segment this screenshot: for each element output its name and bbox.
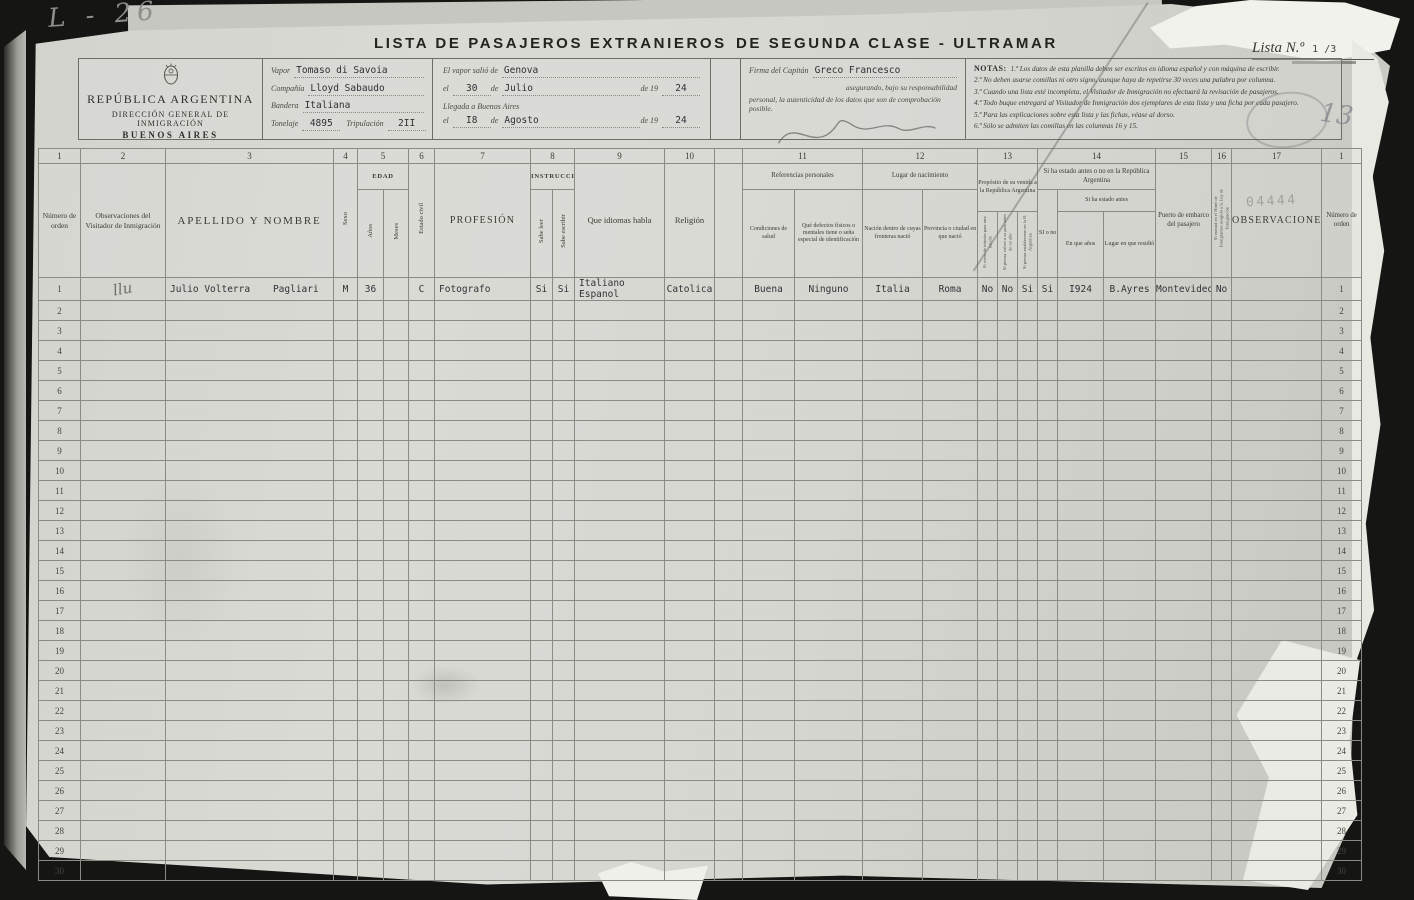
cell-meses bbox=[384, 781, 409, 801]
cell-sabe_leer bbox=[531, 661, 553, 681]
cell-religion bbox=[665, 621, 715, 641]
tonelaje-label: Tonelaje bbox=[271, 119, 298, 128]
cell-lugar_residio bbox=[1104, 801, 1156, 821]
header-row-groups: Número de orden Observaciones del Visita… bbox=[39, 164, 1362, 190]
cell-establecerse bbox=[1018, 421, 1038, 441]
cell-volver bbox=[998, 621, 1018, 641]
cell-meses bbox=[384, 861, 409, 881]
col-header-instruccion: INSTRUCCIÓN bbox=[531, 164, 575, 190]
de19-label2: de 19 bbox=[640, 116, 658, 125]
cell-hotel bbox=[1212, 801, 1232, 821]
cell-meses bbox=[384, 561, 409, 581]
cell-sabe_escribir bbox=[553, 581, 575, 601]
cell-sabe_leer bbox=[531, 481, 553, 501]
cell-idiomas bbox=[575, 601, 665, 621]
cell-idiomas bbox=[575, 781, 665, 801]
firma-label: Firma del Capitán bbox=[749, 66, 809, 75]
cell-salud bbox=[743, 641, 795, 661]
colnum: 10 bbox=[665, 149, 715, 164]
cell-transito bbox=[978, 741, 998, 761]
cell-defectos bbox=[795, 541, 863, 561]
cell-hotel bbox=[1212, 541, 1232, 561]
cell-nombre bbox=[166, 641, 334, 661]
colnum: 2 bbox=[81, 149, 166, 164]
colnum: 1 bbox=[39, 149, 81, 164]
cell-sexo bbox=[334, 661, 358, 681]
cell-salud bbox=[743, 441, 795, 461]
cell-salud bbox=[743, 361, 795, 381]
cell-sabe_leer bbox=[531, 801, 553, 821]
cell-num_r: 25 bbox=[1322, 761, 1362, 781]
cell-puerto bbox=[1156, 721, 1212, 741]
org-country: REPÚBLICA ARGENTINA bbox=[79, 92, 262, 107]
cell-provincia bbox=[923, 821, 978, 841]
cell-sabe_leer bbox=[531, 381, 553, 401]
cell-si_o_no bbox=[1038, 601, 1058, 621]
lista-number-value: 1 /3 bbox=[1312, 44, 1336, 55]
cell-si_o_no bbox=[1038, 521, 1058, 541]
cell-estado_civil bbox=[409, 341, 435, 361]
cell-observaciones bbox=[1232, 381, 1322, 401]
cell-obs bbox=[81, 761, 166, 781]
cell-num_r: 15 bbox=[1322, 561, 1362, 581]
cell-profesion bbox=[435, 721, 531, 741]
cell-gap bbox=[715, 601, 743, 621]
cell-num_r: 4 bbox=[1322, 341, 1362, 361]
cell-puerto bbox=[1156, 641, 1212, 661]
cell-puerto bbox=[1156, 521, 1212, 541]
cell-provincia: Roma bbox=[923, 278, 978, 301]
cell-idiomas bbox=[575, 341, 665, 361]
cell-si_o_no bbox=[1038, 781, 1058, 801]
salida-month: Julio bbox=[502, 83, 640, 96]
cell-hotel bbox=[1212, 561, 1232, 581]
cell-si_o_no bbox=[1038, 721, 1058, 741]
cell-idiomas bbox=[575, 661, 665, 681]
cell-en_que_anos bbox=[1058, 561, 1104, 581]
cell-num: 8 bbox=[39, 421, 81, 441]
cell-nombre bbox=[166, 701, 334, 721]
cell-profesion bbox=[435, 501, 531, 521]
cell-lugar_residio bbox=[1104, 701, 1156, 721]
cell-nombre bbox=[166, 421, 334, 441]
passenger-row: 66 bbox=[39, 381, 1362, 401]
issuing-authority-box: REPÚBLICA ARGENTINA DIRECCIÓN GENERAL DE… bbox=[79, 59, 263, 139]
cell-obs bbox=[81, 741, 166, 761]
cell-salud bbox=[743, 581, 795, 601]
cell-profesion bbox=[435, 341, 531, 361]
cell-sabe_leer bbox=[531, 541, 553, 561]
cell-obs bbox=[81, 461, 166, 481]
col-header-edad: EDAD bbox=[358, 164, 409, 190]
cell-num: 2 bbox=[39, 301, 81, 321]
col-header-sexo: Sexo bbox=[334, 164, 358, 278]
cell-num: 25 bbox=[39, 761, 81, 781]
passenger-row: 44 bbox=[39, 341, 1362, 361]
cell-puerto bbox=[1156, 681, 1212, 701]
cell-anos bbox=[358, 481, 384, 501]
cell-obs bbox=[81, 681, 166, 701]
cell-meses bbox=[384, 621, 409, 641]
cell-idiomas bbox=[575, 701, 665, 721]
cell-meses bbox=[384, 278, 409, 301]
colnum: 17 bbox=[1232, 149, 1322, 164]
cell-idiomas bbox=[575, 861, 665, 881]
cell-sabe_escribir bbox=[553, 401, 575, 421]
cell-lugar_residio bbox=[1104, 581, 1156, 601]
cell-sabe_leer bbox=[531, 641, 553, 661]
cell-gap bbox=[715, 741, 743, 761]
org-city: BUENOS AIRES bbox=[79, 130, 262, 140]
cell-hotel bbox=[1212, 401, 1232, 421]
cell-puerto bbox=[1156, 761, 1212, 781]
cell-hotel bbox=[1212, 681, 1232, 701]
cell-nacion bbox=[863, 601, 923, 621]
cell-en_que_anos bbox=[1058, 341, 1104, 361]
cell-estado_civil bbox=[409, 821, 435, 841]
cell-idiomas bbox=[575, 681, 665, 701]
cell-obs bbox=[81, 421, 166, 441]
cell-meses bbox=[384, 701, 409, 721]
colnum: 11 bbox=[743, 149, 863, 164]
cell-observaciones bbox=[1232, 641, 1322, 661]
cell-volver bbox=[998, 461, 1018, 481]
cell-sexo bbox=[334, 781, 358, 801]
cell-anos bbox=[358, 541, 384, 561]
passenger-row: 88 bbox=[39, 421, 1362, 441]
cell-estado_civil bbox=[409, 361, 435, 381]
cell-observaciones bbox=[1232, 401, 1322, 421]
cell-lugar_residio bbox=[1104, 721, 1156, 741]
cell-volver bbox=[998, 801, 1018, 821]
cell-nombre bbox=[166, 861, 334, 881]
cell-establecerse bbox=[1018, 781, 1038, 801]
cell-num_r: 30 bbox=[1322, 861, 1362, 881]
cell-anos bbox=[358, 361, 384, 381]
cell-volver bbox=[998, 841, 1018, 861]
cell-si_o_no bbox=[1038, 681, 1058, 701]
cell-profesion bbox=[435, 781, 531, 801]
cell-observaciones bbox=[1232, 361, 1322, 381]
cell-idiomas bbox=[575, 541, 665, 561]
cell-profesion bbox=[435, 441, 531, 461]
cell-sexo bbox=[334, 841, 358, 861]
cell-establecerse bbox=[1018, 801, 1038, 821]
cell-si_o_no bbox=[1038, 561, 1058, 581]
cell-num_r: 18 bbox=[1322, 621, 1362, 641]
cell-nacion bbox=[863, 681, 923, 701]
cell-si_o_no bbox=[1038, 541, 1058, 561]
cell-volver bbox=[998, 401, 1018, 421]
cell-nacion bbox=[863, 561, 923, 581]
cell-observaciones bbox=[1232, 581, 1322, 601]
cell-gap bbox=[715, 401, 743, 421]
col-header-religion: Religión bbox=[665, 164, 715, 278]
cell-defectos bbox=[795, 301, 863, 321]
cell-establecerse bbox=[1018, 621, 1038, 641]
cell-transito bbox=[978, 861, 998, 881]
cell-lugar_residio bbox=[1104, 761, 1156, 781]
passenger-row: 1414 bbox=[39, 541, 1362, 561]
cell-obs bbox=[81, 381, 166, 401]
cell-salud bbox=[743, 601, 795, 621]
passenger-row: 1313 bbox=[39, 521, 1362, 541]
cell-si_o_no bbox=[1038, 401, 1058, 421]
cell-defectos bbox=[795, 841, 863, 861]
cell-establecerse bbox=[1018, 601, 1038, 621]
cell-hotel bbox=[1212, 601, 1232, 621]
cell-transito bbox=[978, 801, 998, 821]
document-title-left: LISTA DE PASAJEROS EXTRANIEROS bbox=[374, 35, 727, 52]
cell-hotel bbox=[1212, 701, 1232, 721]
cell-volver bbox=[998, 581, 1018, 601]
cell-puerto bbox=[1156, 741, 1212, 761]
cell-nacion bbox=[863, 841, 923, 861]
cell-transito bbox=[978, 701, 998, 721]
cell-hotel bbox=[1212, 441, 1232, 461]
cell-en_que_anos bbox=[1058, 361, 1104, 381]
cell-sabe_leer bbox=[531, 761, 553, 781]
cell-salud bbox=[743, 521, 795, 541]
cell-provincia bbox=[923, 661, 978, 681]
cell-provincia bbox=[923, 861, 978, 881]
cell-hotel bbox=[1212, 481, 1232, 501]
cell-num_r: 28 bbox=[1322, 821, 1362, 841]
cell-si_o_no: Si bbox=[1038, 278, 1058, 301]
cell-estado_civil bbox=[409, 381, 435, 401]
passenger-row: 1010 bbox=[39, 461, 1362, 481]
cell-meses bbox=[384, 741, 409, 761]
cell-en_que_anos bbox=[1058, 581, 1104, 601]
cell-religion bbox=[665, 341, 715, 361]
cell-observaciones bbox=[1232, 841, 1322, 861]
cell-religion bbox=[665, 561, 715, 581]
cell-provincia bbox=[923, 721, 978, 741]
cell-idiomas bbox=[575, 381, 665, 401]
cell-anos bbox=[358, 321, 384, 341]
cell-sabe_escribir bbox=[553, 841, 575, 861]
cell-num: 17 bbox=[39, 601, 81, 621]
cell-gap bbox=[715, 661, 743, 681]
cell-puerto bbox=[1156, 821, 1212, 841]
cell-salud bbox=[743, 801, 795, 821]
colnum: 6 bbox=[409, 149, 435, 164]
cell-observaciones bbox=[1232, 321, 1322, 341]
cell-estado_civil bbox=[409, 481, 435, 501]
cell-volver bbox=[998, 501, 1018, 521]
cell-nombre bbox=[166, 361, 334, 381]
cell-sexo bbox=[334, 501, 358, 521]
cell-num: 12 bbox=[39, 501, 81, 521]
cell-en_que_anos bbox=[1058, 741, 1104, 761]
cell-meses bbox=[384, 501, 409, 521]
cell-profesion bbox=[435, 521, 531, 541]
cell-provincia bbox=[923, 561, 978, 581]
cell-sexo bbox=[334, 621, 358, 641]
cell-salud bbox=[743, 681, 795, 701]
cell-provincia bbox=[923, 761, 978, 781]
cell-observaciones bbox=[1232, 441, 1322, 461]
cell-si_o_no bbox=[1038, 621, 1058, 641]
cell-en_que_anos bbox=[1058, 601, 1104, 621]
cell-en_que_anos bbox=[1058, 521, 1104, 541]
cell-en_que_anos bbox=[1058, 661, 1104, 681]
llegada-year: 24 bbox=[662, 115, 700, 128]
cell-sexo bbox=[334, 401, 358, 421]
cell-religion: Catolica bbox=[665, 278, 715, 301]
cell-profesion bbox=[435, 841, 531, 861]
cell-establecerse bbox=[1018, 321, 1038, 341]
cell-idiomas bbox=[575, 761, 665, 781]
cell-transito bbox=[978, 761, 998, 781]
cell-num_r: 5 bbox=[1322, 361, 1362, 381]
cell-sabe_leer bbox=[531, 821, 553, 841]
cell-religion bbox=[665, 681, 715, 701]
cell-en_que_anos bbox=[1058, 401, 1104, 421]
cell-nombre bbox=[166, 801, 334, 821]
cell-estado_civil bbox=[409, 861, 435, 881]
cell-transito bbox=[978, 721, 998, 741]
cell-en_que_anos bbox=[1058, 821, 1104, 841]
cell-sexo bbox=[334, 361, 358, 381]
cell-provincia bbox=[923, 621, 978, 641]
col-header-observaciones: OBSERVACIONES 04444 bbox=[1232, 164, 1322, 278]
tripulacion-label: Tripulación bbox=[346, 119, 383, 128]
cell-establecerse bbox=[1018, 741, 1038, 761]
cell-obs bbox=[81, 841, 166, 861]
cell-num: 7 bbox=[39, 401, 81, 421]
colnum bbox=[715, 149, 743, 164]
salida-day: 30 bbox=[453, 83, 491, 96]
col-header-transito: Si viene de tránsito para otra nación bbox=[978, 212, 998, 278]
cell-num_r: 12 bbox=[1322, 501, 1362, 521]
cell-defectos bbox=[795, 821, 863, 841]
cell-sabe_escribir bbox=[553, 821, 575, 841]
cell-profesion bbox=[435, 761, 531, 781]
cell-provincia bbox=[923, 421, 978, 441]
cell-hotel bbox=[1212, 341, 1232, 361]
cell-nacion bbox=[863, 421, 923, 441]
cell-si_o_no bbox=[1038, 661, 1058, 681]
cell-hotel bbox=[1212, 841, 1232, 861]
cell-sabe_leer bbox=[531, 701, 553, 721]
cell-anos bbox=[358, 401, 384, 421]
cell-puerto bbox=[1156, 461, 1212, 481]
cell-num_r: 10 bbox=[1322, 461, 1362, 481]
cell-estado_civil bbox=[409, 461, 435, 481]
cell-transito bbox=[978, 381, 998, 401]
cell-volver bbox=[998, 481, 1018, 501]
cell-lugar_residio bbox=[1104, 661, 1156, 681]
cell-salud bbox=[743, 861, 795, 881]
cell-profesion bbox=[435, 681, 531, 701]
cell-nacion bbox=[863, 861, 923, 881]
salida-label: El vapor salió de bbox=[443, 66, 498, 75]
cell-religion bbox=[665, 761, 715, 781]
cell-anos bbox=[358, 741, 384, 761]
cell-meses bbox=[384, 481, 409, 501]
cell-hotel bbox=[1212, 501, 1232, 521]
cell-transito bbox=[978, 401, 998, 421]
org-department: DIRECCIÓN GENERAL DE INMIGRACIÓN bbox=[79, 110, 262, 128]
cell-sabe_escribir bbox=[553, 861, 575, 881]
cell-defectos bbox=[795, 801, 863, 821]
cell-nombre bbox=[166, 401, 334, 421]
voyage-info-box: El vapor salió deGenova el30 deJulio de … bbox=[433, 59, 711, 139]
cell-salud bbox=[743, 481, 795, 501]
cell-num_r: 7 bbox=[1322, 401, 1362, 421]
cell-religion bbox=[665, 641, 715, 661]
cell-idiomas bbox=[575, 361, 665, 381]
colnum: 9 bbox=[575, 149, 665, 164]
cell-transito bbox=[978, 621, 998, 641]
cell-observaciones bbox=[1232, 501, 1322, 521]
cell-lugar_residio bbox=[1104, 321, 1156, 341]
cell-gap bbox=[715, 841, 743, 861]
cell-en_que_anos bbox=[1058, 701, 1104, 721]
cell-salud bbox=[743, 401, 795, 421]
cell-nombre bbox=[166, 841, 334, 861]
cell-anos bbox=[358, 761, 384, 781]
cell-salud bbox=[743, 701, 795, 721]
cell-gap bbox=[715, 278, 743, 301]
col-header-si-o-no: SI o no bbox=[1038, 190, 1058, 278]
cell-anos bbox=[358, 301, 384, 321]
cell-meses bbox=[384, 821, 409, 841]
cell-sabe_leer bbox=[531, 441, 553, 461]
cell-hotel bbox=[1212, 821, 1232, 841]
cell-en_que_anos bbox=[1058, 501, 1104, 521]
cell-meses bbox=[384, 341, 409, 361]
cell-puerto bbox=[1156, 801, 1212, 821]
cell-religion bbox=[665, 741, 715, 761]
cell-provincia bbox=[923, 361, 978, 381]
cell-nombre bbox=[166, 561, 334, 581]
vapor-label: Vapor bbox=[271, 66, 290, 75]
cell-salud bbox=[743, 421, 795, 441]
cell-profesion bbox=[435, 481, 531, 501]
cell-estado_civil bbox=[409, 541, 435, 561]
cell-gap bbox=[715, 421, 743, 441]
cell-num: 30 bbox=[39, 861, 81, 881]
cell-estado_civil bbox=[409, 761, 435, 781]
cell-defectos bbox=[795, 421, 863, 441]
cell-en_que_anos: I924 bbox=[1058, 278, 1104, 301]
cell-obs bbox=[81, 301, 166, 321]
cell-establecerse bbox=[1018, 821, 1038, 841]
cell-meses bbox=[384, 641, 409, 661]
cell-salud bbox=[743, 301, 795, 321]
captain-statement-line2: asegurando, bajo su responsabilidad bbox=[749, 83, 957, 92]
cell-hotel bbox=[1212, 661, 1232, 681]
tripulacion-value: 2II bbox=[388, 118, 426, 131]
cell-establecerse bbox=[1018, 861, 1038, 881]
cell-defectos: Ninguno bbox=[795, 278, 863, 301]
cell-num: 18 bbox=[39, 621, 81, 641]
cell-sexo bbox=[334, 701, 358, 721]
cell-observaciones bbox=[1232, 721, 1322, 741]
cell-observaciones bbox=[1232, 461, 1322, 481]
cell-idiomas bbox=[575, 621, 665, 641]
cell-num_r: 2 bbox=[1322, 301, 1362, 321]
cell-obs bbox=[81, 341, 166, 361]
cell-estado_civil bbox=[409, 621, 435, 641]
cell-sabe_leer bbox=[531, 421, 553, 441]
cell-lugar_residio bbox=[1104, 441, 1156, 461]
cell-num_r: 27 bbox=[1322, 801, 1362, 821]
cell-estado_civil bbox=[409, 301, 435, 321]
cell-observaciones bbox=[1232, 481, 1322, 501]
